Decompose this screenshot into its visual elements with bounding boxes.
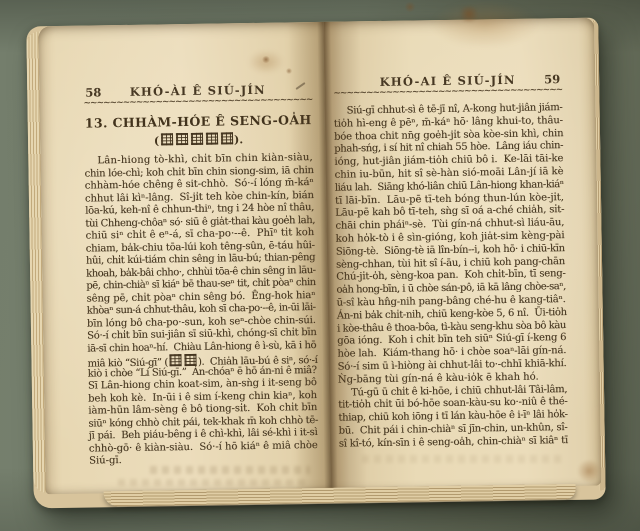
foxing-stain bbox=[404, 2, 416, 12]
running-title: KHÓ-ÀI Ê SIÚ-JÍN bbox=[130, 83, 266, 99]
left-page-text: Lân-hiong tò-khì, chi̍t bīn chin kiàn-si… bbox=[84, 152, 318, 468]
chapter-subtitle: (懺悔的生活). bbox=[84, 131, 313, 149]
right-page-column: KHÓ-AI Ê SIÚ-JÍN 59 ~~~~~~~~~~~~~~~~~~~~… bbox=[333, 72, 568, 451]
left-page: 58 KHÓ-ÀI Ê SIÚ-JÍN ~~~~~~~~~~~~~~~~~~~~… bbox=[38, 22, 330, 494]
cjk-glyph: 活 bbox=[221, 132, 233, 144]
open-book: 58 KHÓ-ÀI Ê SIÚ-JÍN ~~~~~~~~~~~~~~~~~~~~… bbox=[26, 18, 606, 509]
page-number: 58 bbox=[85, 85, 101, 99]
cjk-glyph: 生 bbox=[206, 133, 218, 145]
cjk-glyph: 的 bbox=[191, 133, 203, 145]
left-page-column: 58 KHÓ-ÀI Ê SIÚ-JÍN ~~~~~~~~~~~~~~~~~~~~… bbox=[83, 82, 318, 468]
running-title: KHÓ-AI Ê SIÚ-JÍN bbox=[380, 73, 516, 89]
text-line: sî kî-tó, kín-sīn i ê seng-oa̍h, chin-ch… bbox=[339, 435, 568, 451]
cjk-glyph: 懺 bbox=[161, 133, 173, 145]
photo-background: 58 KHÓ-ÀI Ê SIÚ-JÍN ~~~~~~~~~~~~~~~~~~~~… bbox=[0, 0, 640, 531]
cjk-glyph: 悔 bbox=[176, 133, 188, 145]
page-number: 59 bbox=[544, 72, 560, 86]
chapter-title: 13. CHHÀM-HÓE Ê SENG-OA̍H bbox=[84, 112, 313, 132]
right-page: KHÓ-AI Ê SIÚ-JÍN 59 ~~~~~~~~~~~~~~~~~~~~… bbox=[323, 18, 601, 490]
cjk-glyph: 義 bbox=[184, 354, 196, 366]
cjk-glyph: 守 bbox=[169, 354, 181, 366]
right-page-text: Siú-gī chhut-sì ê tē-jī nî, A-kong hut-j… bbox=[334, 102, 568, 451]
